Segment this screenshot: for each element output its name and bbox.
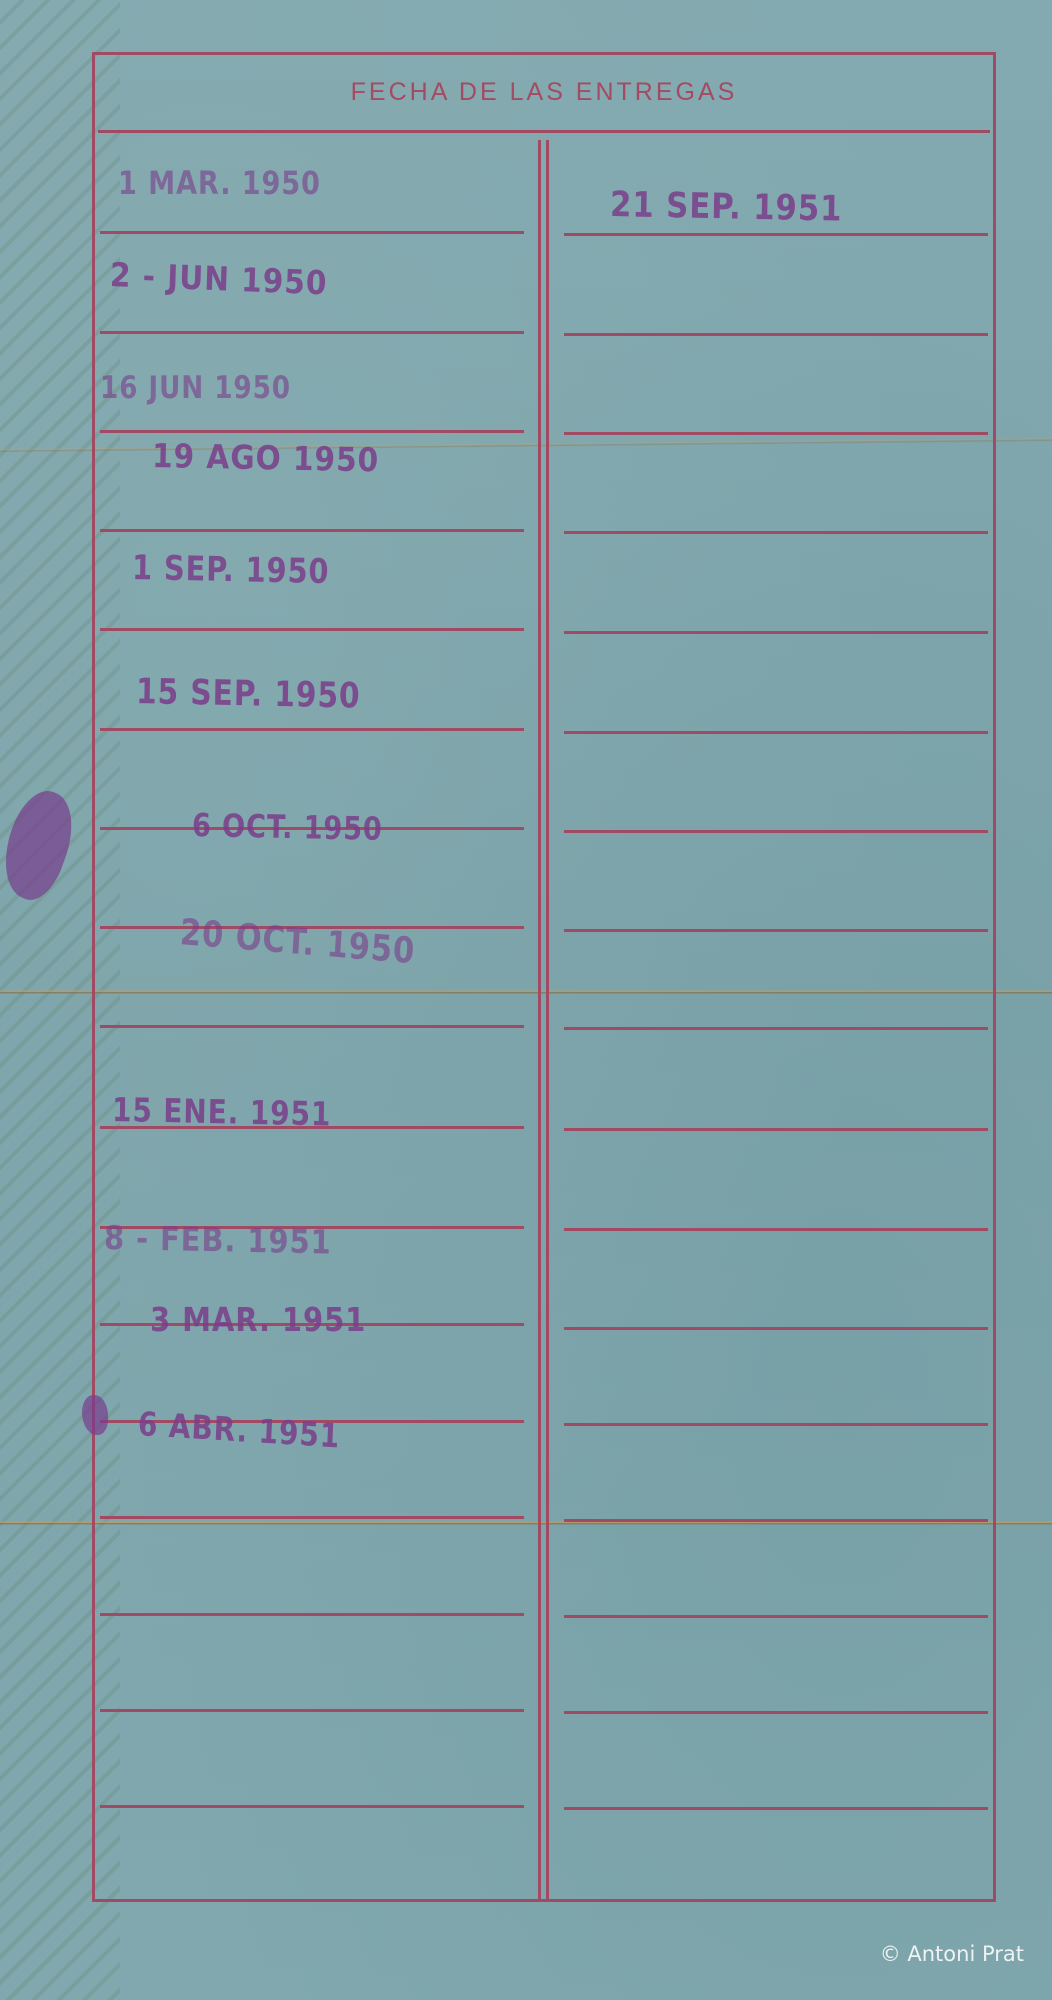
row-line (564, 1128, 988, 1131)
row-line (564, 1423, 988, 1426)
row-line (100, 1709, 524, 1712)
row-line (100, 1805, 524, 1808)
row-line (564, 1807, 988, 1810)
row-line (100, 728, 524, 731)
row-line (564, 1711, 988, 1714)
table-title: FECHA DE LAS ENTREGAS (92, 78, 996, 107)
row-line (564, 631, 988, 634)
date-stamp: 15 SEP. 1950 (136, 672, 361, 717)
date-stamp: 16 JUN 1950 (100, 370, 291, 406)
date-stamp: 1 SEP. 1950 (132, 548, 330, 592)
row-line (564, 1615, 988, 1618)
header-divider (98, 130, 990, 133)
date-stamp: 3 MAR. 1951 (150, 1300, 366, 1339)
row-line (100, 331, 524, 334)
row-line (564, 929, 988, 932)
ink-blot (82, 1395, 108, 1435)
row-line (564, 1027, 988, 1030)
row-line (564, 233, 988, 236)
date-stamp: 21 SEP. 1951 (610, 185, 843, 230)
row-line (564, 731, 988, 734)
row-line (100, 1516, 524, 1519)
row-line (564, 1228, 988, 1231)
date-stamp: 6 OCT. 1950 (192, 806, 383, 848)
date-stamp: 1 MAR. 1950 (118, 164, 321, 202)
column-divider-left (538, 140, 541, 1900)
row-line (100, 1025, 524, 1028)
date-stamp: 8 - FEB. 1951 (104, 1218, 332, 1262)
row-line (564, 830, 988, 833)
row-line (100, 430, 524, 433)
row-line (100, 628, 524, 631)
row-line (100, 231, 524, 234)
row-line (100, 529, 524, 532)
table-frame (92, 52, 996, 1902)
column-divider-right (546, 140, 549, 1900)
copyright-watermark: © Antoni Prat (880, 1942, 1024, 1966)
row-line (100, 1613, 524, 1616)
date-stamp: 15 ENE. 1951 (112, 1090, 332, 1133)
row-line (564, 432, 988, 435)
date-stamp: 2 - JUN 1950 (109, 255, 328, 302)
row-line (564, 531, 988, 534)
row-line (564, 1327, 988, 1330)
row-line (564, 1519, 988, 1522)
date-stamp: 19 AGO 1950 (152, 436, 380, 479)
row-line (564, 333, 988, 336)
